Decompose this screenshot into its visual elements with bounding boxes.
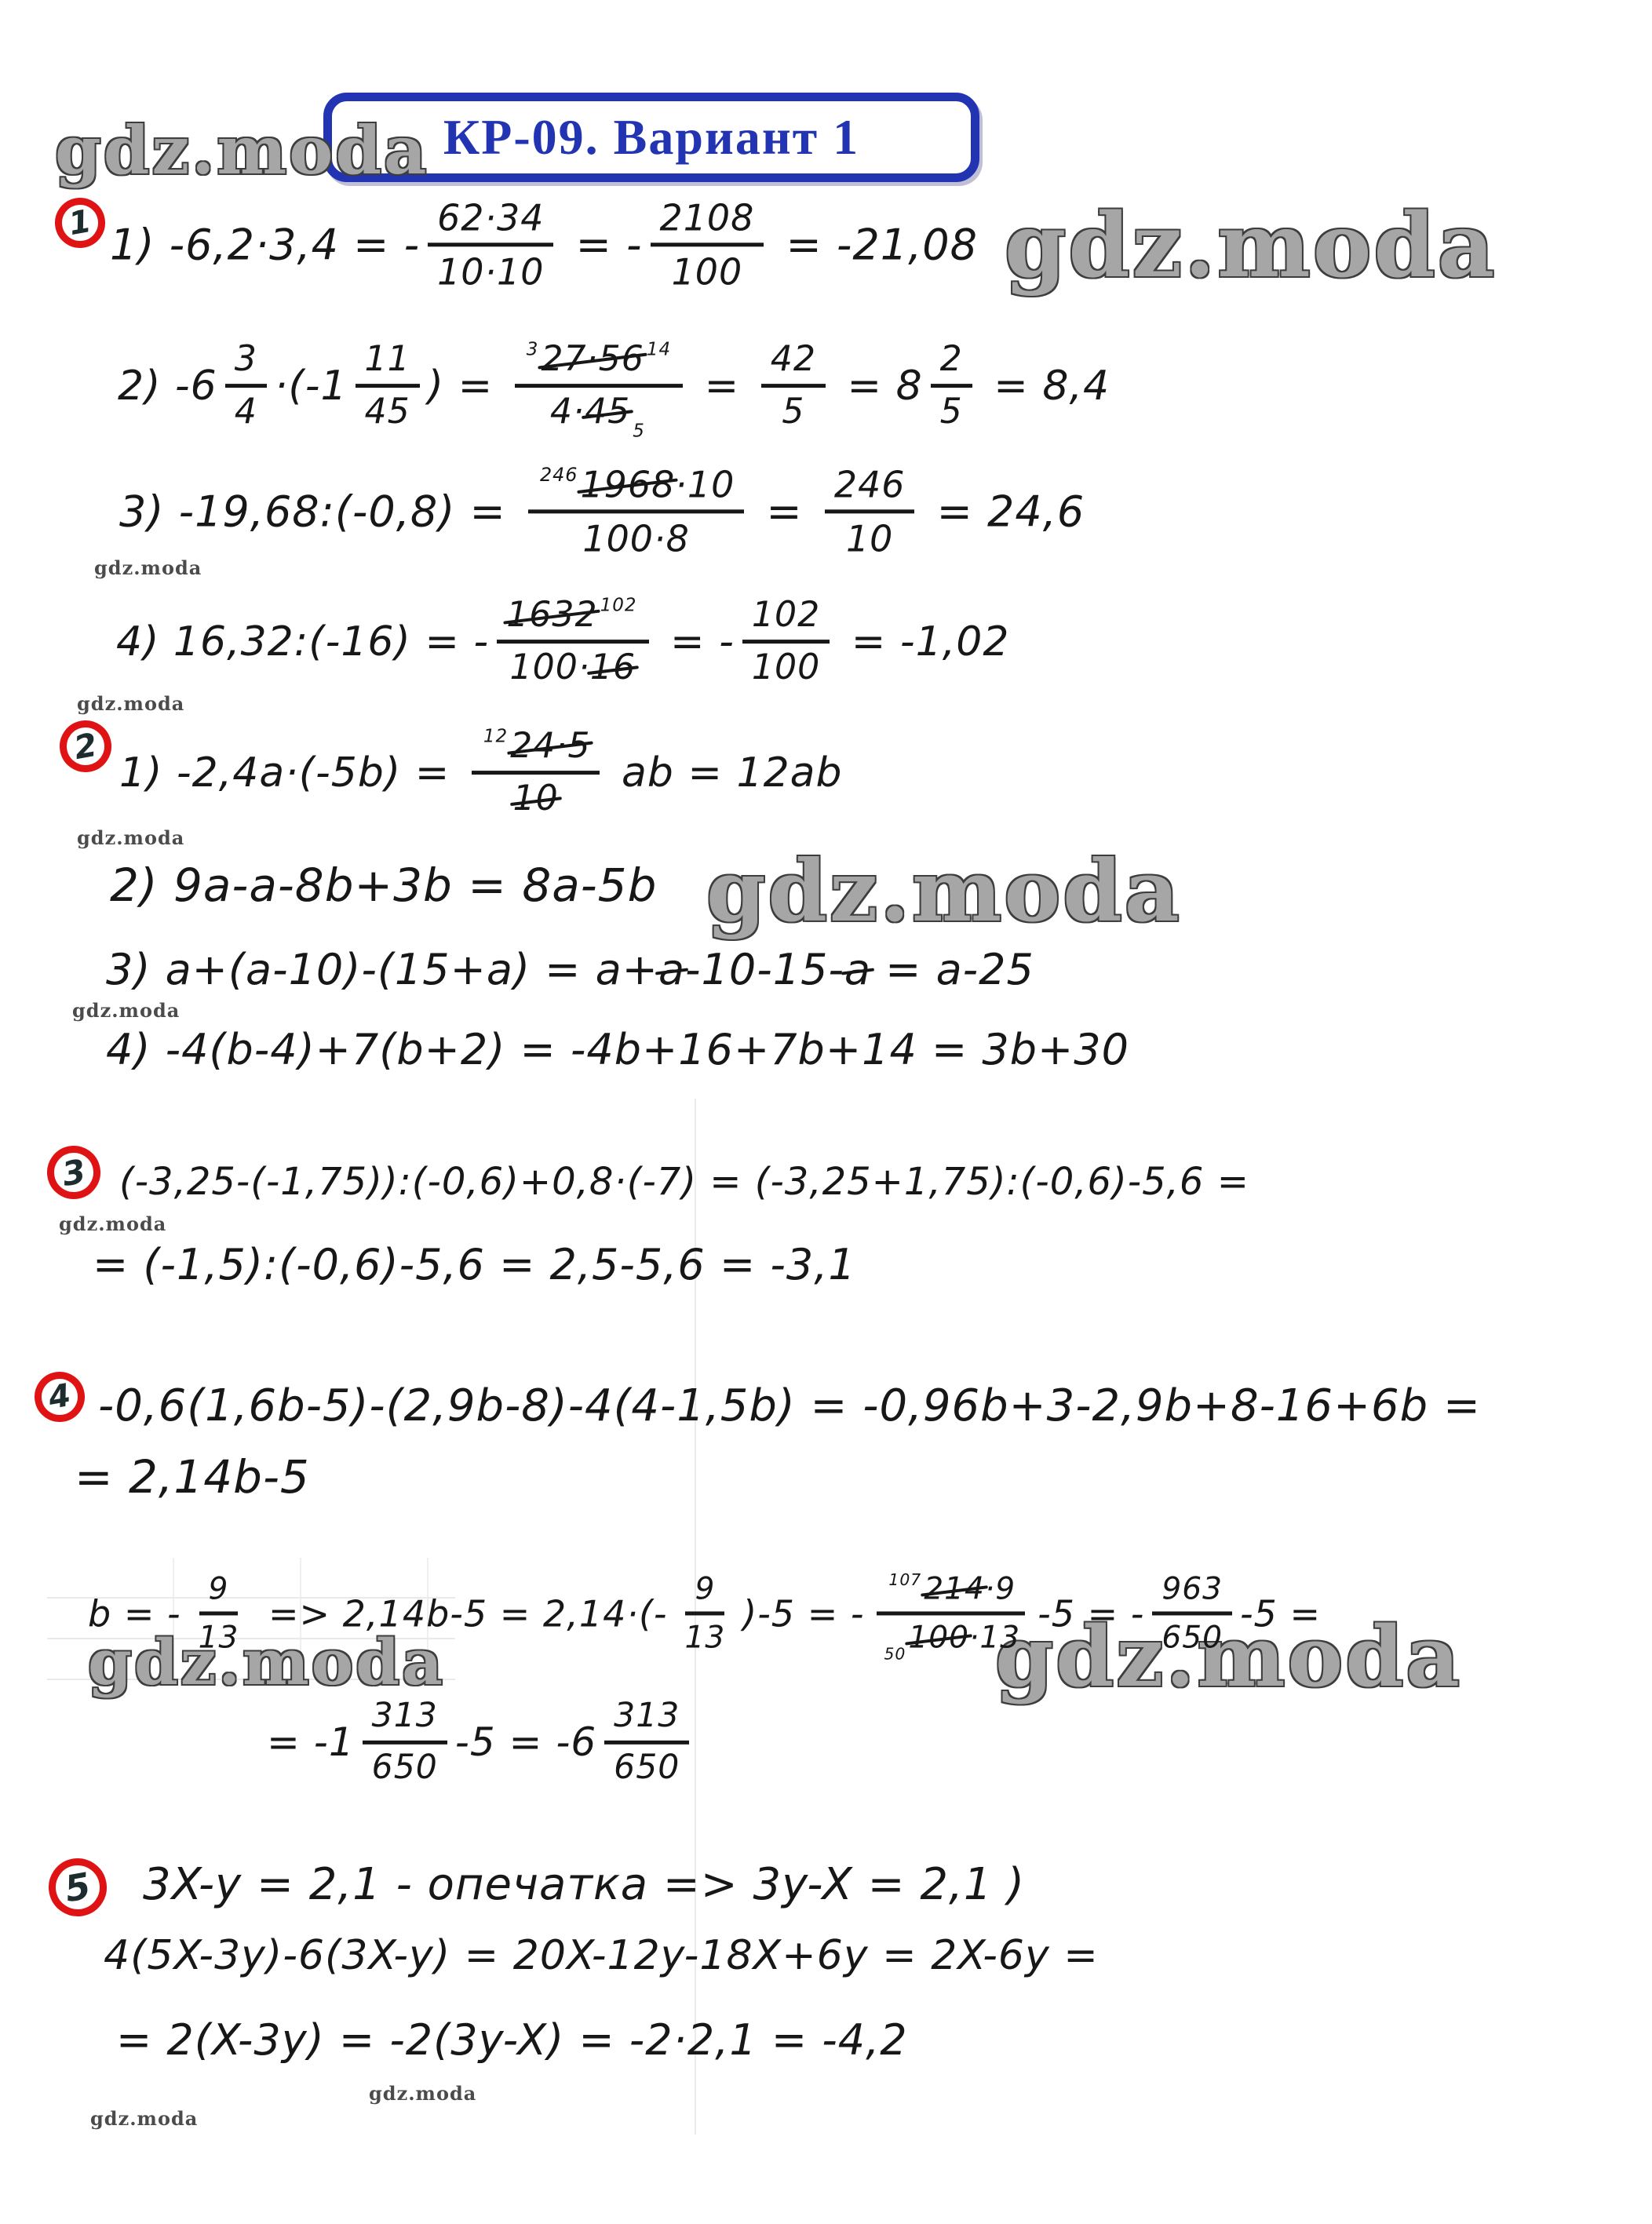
- math-text: 4(5X-3y)-6(3X-y) = 20X-12y-18X+6y = 2X-6…: [104, 1935, 1099, 1976]
- fraction-denominator: 100·8: [573, 514, 698, 560]
- cancel-result-sup: 102: [600, 596, 637, 615]
- fraction: 24610: [825, 464, 915, 559]
- fraction-numerator: 42: [761, 340, 826, 388]
- math-text: 10·10: [437, 253, 544, 291]
- fraction: 913: [676, 1571, 735, 1655]
- problem-1-line-1: 1) -6,2·3,4 = -62·3410·10 = -2108100 = -…: [110, 197, 978, 292]
- math-text: 3) -19,68:(-0,8) =: [119, 490, 520, 533]
- math-text: = -: [657, 622, 735, 662]
- math-text: 246: [834, 465, 906, 503]
- problem-3-line-2: = (-1,5):(-0,6)-5,6 = 2,5-5,6 = -3,1: [93, 1244, 856, 1286]
- math-text: 100·8: [582, 520, 689, 558]
- watermark-small: gdz.moda: [72, 1001, 180, 1020]
- fraction: 62·3410·10: [428, 197, 553, 292]
- math-text: ·(-1: [275, 366, 348, 407]
- watermark-large: gdz.moda: [1005, 202, 1497, 290]
- problem-2-line-2: 2) 9a-a-8b+3b = 8a-5b: [110, 862, 657, 908]
- fraction-denominator: 10: [837, 514, 903, 560]
- math-text: ) =: [428, 366, 507, 407]
- fraction-denominator: 5: [772, 388, 814, 432]
- math-text: = 8: [833, 366, 923, 407]
- math-text: 5: [782, 395, 804, 431]
- math-text: b = -: [88, 1595, 181, 1632]
- math-text: 3X-y = 2,1 - опечатка => 3y-X = 2,1 ): [143, 1863, 1025, 1907]
- fraction-denominator: 4·455: [541, 388, 657, 432]
- math-text: 9: [209, 1573, 229, 1605]
- cancelled-term: a: [844, 949, 871, 991]
- math-text: 4) -4(b-4)+7(b+2) = -4b+16+7b+14 = 3b+30: [106, 1029, 1129, 1071]
- math-text: 650: [1162, 1622, 1223, 1654]
- math-text: 62·34: [437, 199, 544, 236]
- math-text: = -: [561, 224, 642, 266]
- math-text: 100: [752, 651, 820, 687]
- problem-1-circle: 1: [51, 194, 109, 252]
- math-text: 11: [365, 341, 410, 377]
- fraction: 25: [931, 340, 972, 432]
- problem-5-line-2: 4(5X-3y)-6(3X-y) = 20X-12y-18X+6y = 2X-6…: [104, 1935, 1099, 1976]
- problem-2-line-3: 3) a+(a-10)-(15+a) = a+a-10-15-a = a-25: [106, 949, 1034, 991]
- cancelled-term: 27·56: [541, 341, 644, 377]
- fraction-numerator: 2: [931, 340, 972, 388]
- watermark-small: gdz.moda: [59, 1215, 166, 1234]
- math-text: ·10: [675, 465, 735, 503]
- cancelled-term: 100: [908, 1622, 969, 1654]
- fraction-numerator: 1224·5: [472, 727, 600, 775]
- math-text: 963: [1162, 1573, 1223, 1605]
- fraction-denominator: 10: [504, 775, 568, 819]
- math-text: -10-15-: [685, 949, 844, 991]
- watermark-small: gdz.moda: [90, 2109, 198, 2128]
- watermark-small: gdz.moda: [94, 559, 202, 578]
- fraction-denominator: 13: [189, 1616, 249, 1656]
- math-text: -5 = -: [1038, 1595, 1144, 1632]
- math-text: 13: [685, 1622, 726, 1654]
- cancelled-term: a: [658, 949, 685, 991]
- fraction-numerator: 327·5614: [515, 340, 683, 388]
- fraction-denominator: 5: [931, 388, 972, 432]
- cancel-result-sup: 14: [647, 341, 671, 359]
- fraction-denominator: 100: [742, 644, 830, 688]
- math-text: 3: [235, 341, 257, 377]
- fraction-numerator: 107214·9: [877, 1571, 1025, 1615]
- fraction: 1145: [356, 340, 420, 432]
- math-text: = 2,14b-5: [75, 1454, 310, 1500]
- fraction-denominator: 50100·13: [872, 1616, 1030, 1656]
- cancelled-term: 16: [590, 651, 636, 687]
- fraction-numerator: 11: [356, 340, 420, 388]
- fraction-denominator: 100: [662, 247, 753, 293]
- cancel-result-sup: 12: [483, 727, 508, 746]
- math-text: 102: [752, 597, 820, 633]
- math-text: 42: [771, 341, 816, 377]
- math-text: = -21,08: [771, 224, 978, 266]
- fraction-numerator: 62·34: [428, 197, 553, 246]
- problem-5-line-3: = 2(X-3y) = -2(3y-X) = -2·2,1 = -4,2: [116, 2019, 908, 2062]
- math-text: ·13: [969, 1622, 1020, 1654]
- fraction-denominator: 4: [225, 388, 267, 432]
- problem-2-circle: 2: [56, 716, 115, 776]
- math-text: 100: [672, 253, 743, 291]
- cancel-result-sup: 3: [527, 341, 539, 359]
- fraction: 107214·950100·13: [872, 1571, 1030, 1655]
- fraction: 102100: [742, 596, 830, 688]
- math-text: (-3,25-(-1,75)):(-0,6)+0,8·(-7) = (-3,25…: [119, 1163, 1249, 1201]
- math-text: 4: [235, 395, 257, 431]
- fraction: 1224·510: [472, 727, 600, 819]
- problem-4-line-1: -0,6(1,6b-5)-(2,9b-8)-4(4-1,5b) = -0,96b…: [98, 1384, 1481, 1428]
- math-text: 4·: [550, 395, 585, 431]
- math-text: =: [752, 490, 817, 533]
- math-text: =: [691, 366, 753, 407]
- problem-5-line-1: 3X-y = 2,1 - опечатка => 3y-X = 2,1 ): [143, 1863, 1025, 1907]
- fraction: 34: [225, 340, 267, 432]
- cancelled-term: 1632: [506, 597, 597, 633]
- math-text: -5 =: [1240, 1595, 1321, 1632]
- math-text: 3) a+(a-10)-(15+a) = a+: [106, 949, 658, 991]
- fraction-numerator: 1632102: [497, 596, 648, 644]
- watermark-large: gdz.moda: [706, 849, 1182, 934]
- math-text: -5 = -6: [455, 1723, 596, 1762]
- math-text: => 2,14b-5 = 2,14·(-: [256, 1595, 667, 1632]
- problem-4-line-3: b = -913 => 2,14b-5 = 2,14·(-913)-5 = -1…: [88, 1571, 1321, 1655]
- watermark-large: gdz.moda: [55, 118, 428, 184]
- math-text: 45: [365, 395, 410, 431]
- math-text: 100·: [510, 651, 590, 687]
- math-text: 2: [940, 341, 963, 377]
- math-text: 1) -2,4a·(-5b) =: [119, 753, 464, 793]
- math-text: ·9: [985, 1573, 1016, 1605]
- math-text: = -1: [267, 1723, 355, 1762]
- fraction: 913: [189, 1571, 249, 1655]
- cancelled-term: 10: [513, 782, 559, 818]
- problem-2-line-4: 4) -4(b-4)+7(b+2) = -4b+16+7b+14 = 3b+30: [106, 1029, 1129, 1071]
- problem-3-circle: 3: [43, 1142, 105, 1204]
- fraction-numerator: 9: [685, 1571, 724, 1615]
- fraction-numerator: 963: [1152, 1571, 1232, 1615]
- cancelled-term: 1968: [580, 465, 675, 503]
- fraction: 313650: [363, 1697, 447, 1787]
- fraction: 963650: [1152, 1571, 1232, 1655]
- math-text: -0,6(1,6b-5)-(2,9b-8)-4(4-1,5b) = -0,96b…: [98, 1384, 1481, 1428]
- fraction-denominator: 10·10: [428, 247, 553, 293]
- math-text: 2108: [660, 199, 755, 236]
- fraction: 1632102100·16: [497, 596, 648, 688]
- fraction-denominator: 650: [1152, 1616, 1232, 1656]
- problem-4-line-2: = 2,14b-5: [75, 1454, 310, 1500]
- cancelled-term: 45: [585, 395, 630, 431]
- cancel-result-sub: 5: [633, 422, 645, 441]
- watermark-small: gdz.moda: [369, 2084, 476, 2103]
- fraction-numerator: 2108: [651, 197, 764, 246]
- fraction-numerator: 313: [604, 1697, 689, 1745]
- math-text: 1) -6,2·3,4 = -: [110, 224, 420, 266]
- math-text: 5: [940, 395, 963, 431]
- math-text: 2) -6: [118, 366, 217, 407]
- math-text: 2) 9a-a-8b+3b = 8a-5b: [110, 862, 657, 908]
- cancel-result-sup: 246: [540, 465, 578, 485]
- problem-4-line-4: = -1313650-5 = -6313650: [267, 1697, 697, 1787]
- fraction-denominator: 45: [356, 388, 420, 432]
- fraction: 2461968·10100·8: [528, 464, 744, 559]
- fraction-denominator: 100·16: [501, 644, 646, 688]
- cancel-result-sup: 107: [888, 1572, 921, 1588]
- fraction-numerator: 2461968·10: [528, 464, 744, 513]
- watermark-small: gdz.moda: [77, 695, 184, 713]
- problem-1-line-2: 2) -634·(-11145) = 327·56144·455 = 425 =…: [118, 340, 1110, 432]
- cancelled-term: 24·5: [510, 728, 590, 764]
- problem-5-circle: 5: [44, 1854, 111, 1921]
- math-text: 313: [372, 1699, 438, 1734]
- problem-3-line-1: (-3,25-(-1,75)):(-0,6)+0,8·(-7) = (-3,25…: [119, 1163, 1249, 1201]
- fraction-numerator: 102: [742, 596, 830, 644]
- math-text: = 8,4: [980, 366, 1110, 407]
- math-text: 4) 16,32:(-16) = -: [116, 622, 489, 662]
- math-text: 10: [846, 520, 893, 558]
- fraction: 425: [761, 340, 826, 432]
- fraction: 327·56144·455: [515, 340, 683, 432]
- math-text: 313: [614, 1699, 680, 1734]
- math-text: = -1,02: [837, 622, 1009, 662]
- fraction-numerator: 313: [363, 1697, 447, 1745]
- math-text: 650: [614, 1751, 680, 1786]
- math-text: = 2(X-3y) = -2(3y-X) = -2·2,1 = -4,2: [116, 2019, 908, 2062]
- math-text: )-5 = -: [742, 1595, 864, 1632]
- fraction-denominator: 650: [604, 1745, 689, 1788]
- fraction-denominator: 650: [363, 1745, 447, 1788]
- fraction-denominator: 13: [676, 1616, 735, 1656]
- math-text: = (-1,5):(-0,6)-5,6 = 2,5-5,6 = -3,1: [93, 1244, 856, 1286]
- fraction: 313650: [604, 1697, 689, 1787]
- fraction-numerator: 3: [225, 340, 267, 388]
- fraction-numerator: 9: [199, 1571, 239, 1615]
- math-text: 13: [199, 1622, 239, 1654]
- cancelled-term: 214: [924, 1573, 985, 1605]
- problem-1-line-3: 3) -19,68:(-0,8) = 2461968·10100·8 = 246…: [119, 464, 1085, 559]
- page-title: КР-09. Вариант 1: [443, 108, 859, 166]
- fraction-numerator: 246: [825, 464, 915, 513]
- math-text: 650: [372, 1751, 438, 1786]
- problem-4-circle: 4: [31, 1368, 89, 1426]
- problem-1-line-4: 4) 16,32:(-16) = -1632102100·16 = -10210…: [116, 596, 1009, 688]
- scanned-solution-page: КР-09. Вариант 1 gdz.modagdz.modagdz.mod…: [0, 0, 1652, 2224]
- fraction: 2108100: [651, 197, 764, 292]
- math-text: ab = 12ab: [607, 753, 842, 793]
- watermark-small: gdz.moda: [77, 829, 184, 848]
- math-text: 9: [695, 1573, 715, 1605]
- cancel-result-sub: 50: [884, 1646, 906, 1663]
- problem-2-line-1: 1) -2,4a·(-5b) = 1224·510 ab = 12ab: [119, 727, 843, 819]
- math-text: = 24,6: [922, 490, 1085, 533]
- math-text: = a-25: [871, 949, 1034, 991]
